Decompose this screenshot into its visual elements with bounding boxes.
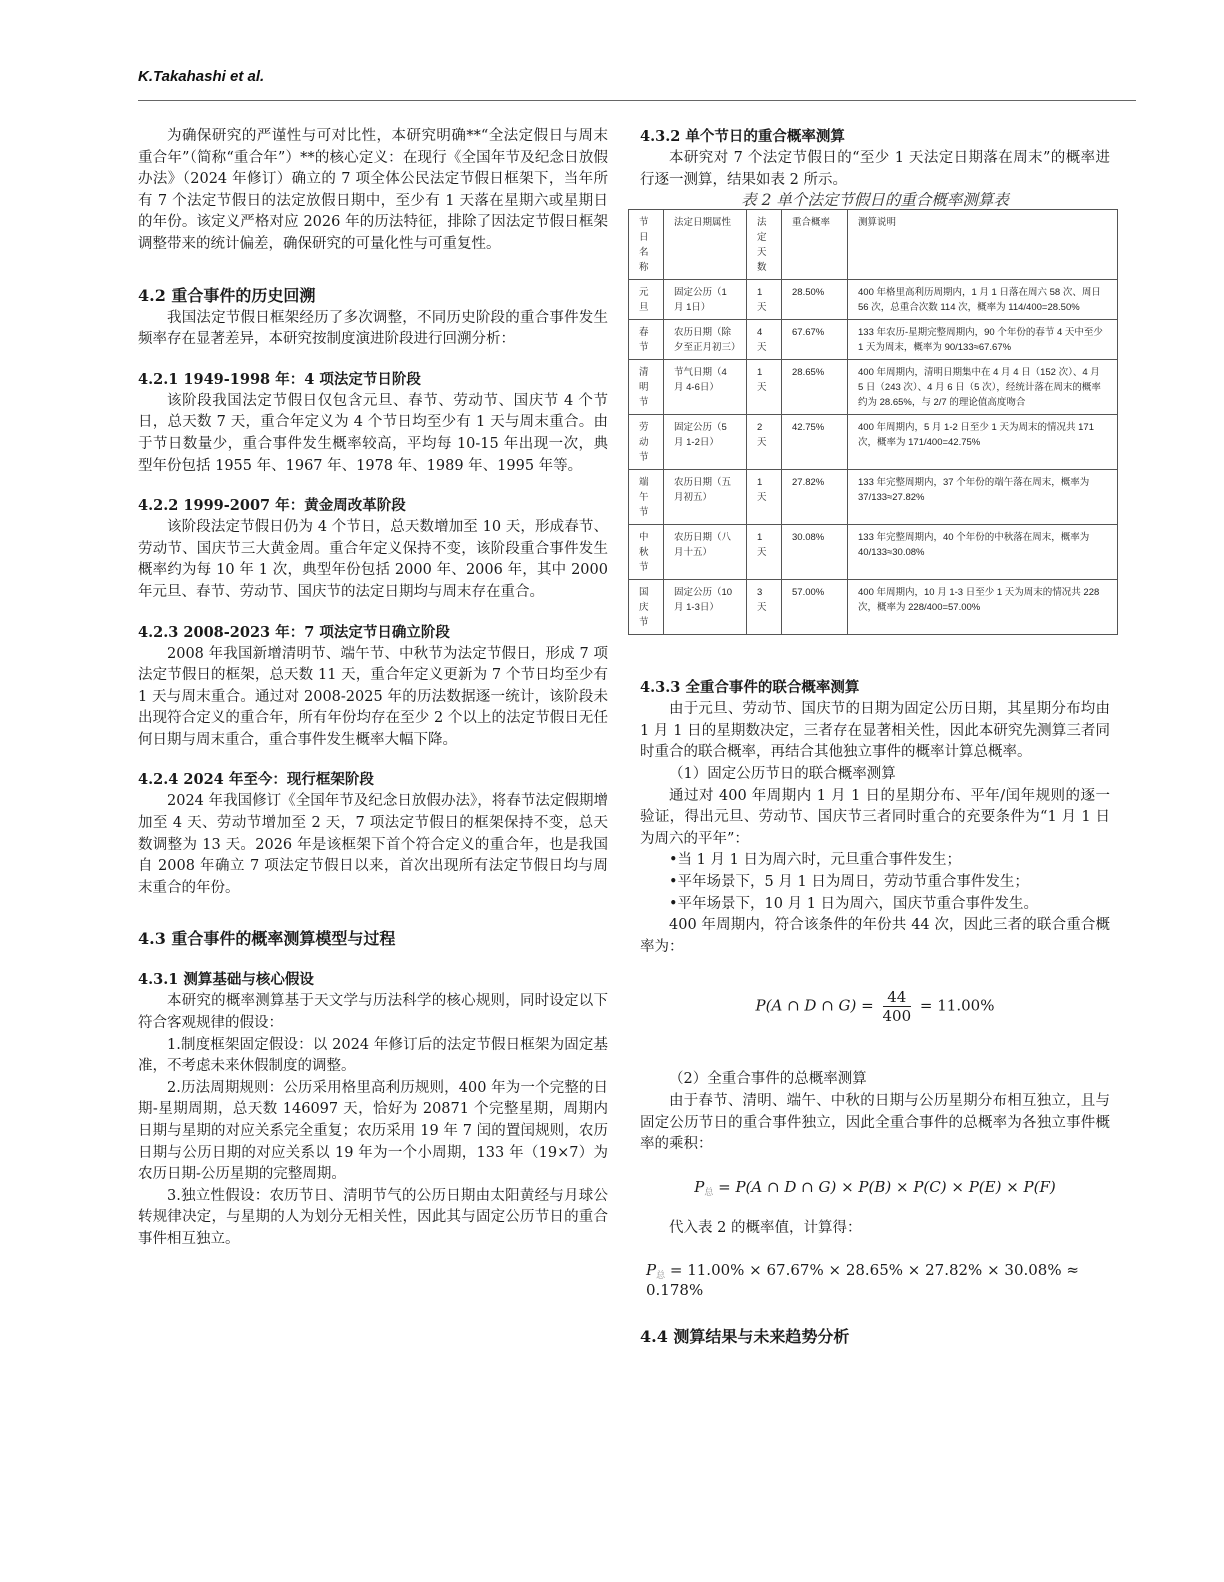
part1-body: 通过对 400 年周期内 1 月 1 日的星期分布、平年/闰年规则的逐一验证，得… — [640, 786, 1110, 851]
header-cell: 法定天数 — [757, 215, 767, 275]
overlap-probability: 42.75% — [792, 422, 824, 433]
intro-paragraph: 为确保研究的严谨性与可对比性，本研究明确**“全法定假日与周末重合年”（简称“重… — [138, 126, 608, 256]
holiday-name: 中秋节 — [639, 530, 649, 575]
table-row: 清明节 节气日期（4 月 4-6日） 1 天 28.65% 400 年周期内，清… — [629, 360, 1118, 415]
table-header-row: 节日名称 法定日期属性 法定天数 重合概率 测算说明 — [629, 210, 1118, 280]
header-rule — [138, 100, 1136, 101]
assumption-item: 3.独立性假设：农历节日、清明节气的公历日期由太阳黄经与月球公转规律决定，与星期… — [138, 1186, 608, 1251]
formula-lhs: P(A ∩ D ∩ G) = — [756, 997, 874, 1015]
holiday-days: 3 天 — [757, 587, 767, 613]
part2-title: （2）全重合事件的总概率测算 — [640, 1069, 1110, 1091]
calculation-note: 133 年完整周期内，37 个年份的端午落在周末，概率为 37/133≈27.8… — [858, 477, 1089, 503]
table-caption: 表 2 单个法定节假日的重合概率测算表 — [640, 191, 1110, 209]
subsection-heading-4-3-3: 4.3.3 全重合事件的联合概率测算 — [640, 677, 1110, 699]
overlap-probability: 30.08% — [792, 532, 824, 543]
subsection-4-3-1-intro: 本研究的概率测算基于天文学与历法科学的核心规则，同时设定以下符合客观规律的假设： — [138, 991, 608, 1034]
joint-probability-formula: P(A ∩ D ∩ G) = 44 400 = 11.00% — [640, 988, 1110, 1025]
holiday-name: 春节 — [639, 325, 649, 355]
holiday-days: 1 天 — [757, 477, 767, 503]
subsection-4-2-3-body: 2008 年我国新增清明节、端午节、中秋节为法定节假日，形成 7 项法定节假日的… — [138, 644, 608, 752]
part1-title: （1）固定公历节日的联合概率测算 — [640, 764, 1110, 786]
subsection-heading-4-3-2: 4.3.2 单个节日的重合概率测算 — [640, 126, 1110, 148]
calculation-note: 133 年农历-星期完整周期内，90 个年份的春节 4 天中至少 1 天为周末，… — [858, 327, 1103, 353]
table-row: 国庆节 固定公历（10 月 1-3日） 3 天 57.00% 400 年周期内，… — [629, 580, 1118, 635]
assumption-item: 2.历法周期规则：公历采用格里高利历规则，400 年为一个完整的日期-星期周期，… — [138, 1078, 608, 1186]
subsection-4-3-3-intro: 由于元旦、劳动节、国庆节的日期为固定公历日期，其星期分布均由 1 月 1 日的星… — [640, 699, 1110, 764]
table-row: 劳动节 固定公历（5 月 1-2日） 2 天 42.75% 400 年周期内，5… — [629, 415, 1118, 470]
holiday-name: 端午节 — [639, 475, 649, 520]
holiday-days: 4 天 — [757, 327, 767, 353]
section-heading-4-2: 4.2 重合事件的历史回溯 — [138, 284, 608, 308]
holiday-name: 元旦 — [639, 285, 649, 315]
fraction-denominator: 400 — [883, 1007, 912, 1025]
date-attribute: 节气日期（4 月 4-6日） — [674, 367, 727, 393]
formula-p: P — [646, 1261, 656, 1279]
subsection-heading-4-3-1: 4.3.1 测算基础与核心假设 — [138, 969, 608, 991]
overlap-probability: 27.82% — [792, 477, 824, 488]
overlap-probability: 57.00% — [792, 587, 824, 598]
subsection-4-2-1-body: 该阶段我国法定节假日仅包含元旦、春节、劳动节、国庆节 4 个节日，总天数 7 天… — [138, 391, 608, 477]
subsection-4-2-4-body: 2024 年我国修订《全国年节及纪念日放假办法》，将春节法定假期增加至 4 天、… — [138, 791, 608, 899]
section-heading-4-4: 4.4 测算结果与未来趋势分析 — [640, 1325, 1110, 1349]
section-heading-4-3: 4.3 重合事件的概率测算模型与过程 — [138, 927, 608, 951]
date-attribute: 固定公历（10 月 1-3日） — [674, 587, 732, 613]
right-column: 4.3.2 单个节日的重合概率测算 本研究对 7 个法定节假日的“至少 1 天法… — [640, 126, 1110, 1349]
fraction-numerator: 44 — [883, 988, 912, 1007]
header-cell: 节日名称 — [639, 215, 649, 275]
left-column: 为确保研究的严谨性与可对比性，本研究明确**“全法定假日与周末重合年”（简称“重… — [138, 126, 608, 1251]
holiday-name: 国庆节 — [639, 585, 649, 630]
table-row: 元旦 固定公历（1月 1日） 1 天 28.50% 400 年格里高利历周期内，… — [629, 280, 1118, 320]
table-row: 春节 农历日期（除夕至正月初三） 4 天 67.67% 133 年农历-星期完整… — [629, 320, 1118, 360]
condition-bullet: •平年场景下，5 月 1 日为周日，劳动节重合事件发生； — [640, 872, 1110, 894]
formula-rhs: = 11.00% — [920, 997, 995, 1015]
date-attribute: 农历日期（五月初五） — [674, 477, 731, 503]
total-probability-formula: P总 = P(A ∩ D ∩ G) × P(B) × P(C) × P(E) ×… — [640, 1178, 1110, 1198]
holiday-days: 1 天 — [757, 367, 767, 393]
calculation-note: 400 年周期内，清明日期集中在 4 月 4 日（152 次）、4 月 5 日（… — [858, 367, 1101, 408]
formula-rhs: = 11.00% × 67.67% × 28.65% × 27.82% × 30… — [646, 1261, 1079, 1299]
date-attribute: 固定公历（5 月 1-2日） — [674, 422, 727, 448]
formula-p: P — [694, 1178, 704, 1196]
subsection-heading-4-2-1: 4.2.1 1949-1998 年：4 项法定节日阶段 — [138, 369, 608, 391]
date-attribute: 固定公历（1月 1日） — [674, 287, 727, 313]
calculation-note: 400 年周期内，5 月 1-2 日至少 1 天为周末的情况共 171 次，概率… — [858, 422, 1094, 448]
substitute-text: 代入表 2 的概率值，计算得： — [640, 1218, 1110, 1240]
subsection-4-2-2-body: 该阶段法定节假日仍为 4 个节日，总天数增加至 10 天，形成春节、劳动节、国庆… — [138, 517, 608, 603]
calculation-note: 133 年完整周期内，40 个年份的中秋落在周末，概率为 40/133≈30.0… — [858, 532, 1089, 558]
table-row: 端午节 农历日期（五月初五） 1 天 27.82% 133 年完整周期内，37 … — [629, 470, 1118, 525]
condition-bullet: •当 1 月 1 日为周六时，元旦重合事件发生； — [640, 850, 1110, 872]
header-cell: 重合概率 — [792, 217, 830, 228]
formula-subscript: 总 — [704, 1188, 713, 1198]
probability-table: 节日名称 法定日期属性 法定天数 重合概率 测算说明 元旦 固定公历（1月 1日… — [628, 209, 1118, 635]
date-attribute: 农历日期（除夕至正月初三） — [674, 327, 741, 353]
formula-subscript: 总 — [656, 1271, 665, 1281]
subsection-heading-4-2-4: 4.2.4 2024 年至今：现行框架阶段 — [138, 769, 608, 791]
section-4-2-intro: 我国法定节假日框架经历了多次调整，不同历史阶段的重合事件发生频率存在显著差异，本… — [138, 308, 608, 351]
calculation-note: 400 年格里高利历周期内，1 月 1 日落在周六 58 次、周日 56 次，总… — [858, 287, 1101, 313]
header-cell: 测算说明 — [858, 217, 896, 228]
overlap-probability: 28.65% — [792, 367, 824, 378]
subsection-heading-4-2-3: 4.2.3 2008-2023 年：7 项法定节日确立阶段 — [138, 622, 608, 644]
header-cell: 法定日期属性 — [674, 217, 731, 228]
formula-rhs: = P(A ∩ D ∩ G) × P(B) × P(C) × P(E) × P(… — [713, 1178, 1055, 1196]
subsection-4-3-2-intro: 本研究对 7 个法定节假日的“至少 1 天法定日期落在周末”的概率进行逐一测算，… — [640, 148, 1110, 191]
date-attribute: 农历日期（八月十五） — [674, 532, 731, 558]
calculation-note: 400 年周期内，10 月 1-3 日至少 1 天为周末的情况共 228 次，概… — [858, 587, 1099, 613]
computed-probability-formula: P总 = 11.00% × 67.67% × 28.65% × 27.82% ×… — [646, 1261, 1110, 1299]
overlap-probability: 67.67% — [792, 327, 824, 338]
fraction: 44 400 — [883, 988, 912, 1025]
table-row: 中秋节 农历日期（八月十五） 1 天 30.08% 133 年完整周期内，40 … — [629, 525, 1118, 580]
assumption-item: 1.制度框架固定假设：以 2024 年修订后的法定节假日框架为固定基准，不考虑未… — [138, 1035, 608, 1078]
holiday-days: 1 天 — [757, 532, 767, 558]
condition-bullet: •平年场景下，10 月 1 日为周六，国庆节重合事件发生。 — [640, 894, 1110, 916]
subsection-heading-4-2-2: 4.2.2 1999-2007 年：黄金周改革阶段 — [138, 495, 608, 517]
holiday-name: 劳动节 — [639, 420, 649, 465]
holiday-days: 1 天 — [757, 287, 767, 313]
part1-conclusion: 400 年周期内，符合该条件的年份共 44 次，因此三者的联合重合概率为： — [640, 915, 1110, 958]
overlap-probability: 28.50% — [792, 287, 824, 298]
holiday-days: 2 天 — [757, 422, 767, 448]
holiday-name: 清明节 — [639, 365, 649, 410]
part2-body: 由于春节、清明、端午、中秋的日期与公历星期分布相互独立，且与固定公历节日的重合事… — [640, 1091, 1110, 1156]
running-head: K.Takahashi et al. — [138, 68, 264, 85]
